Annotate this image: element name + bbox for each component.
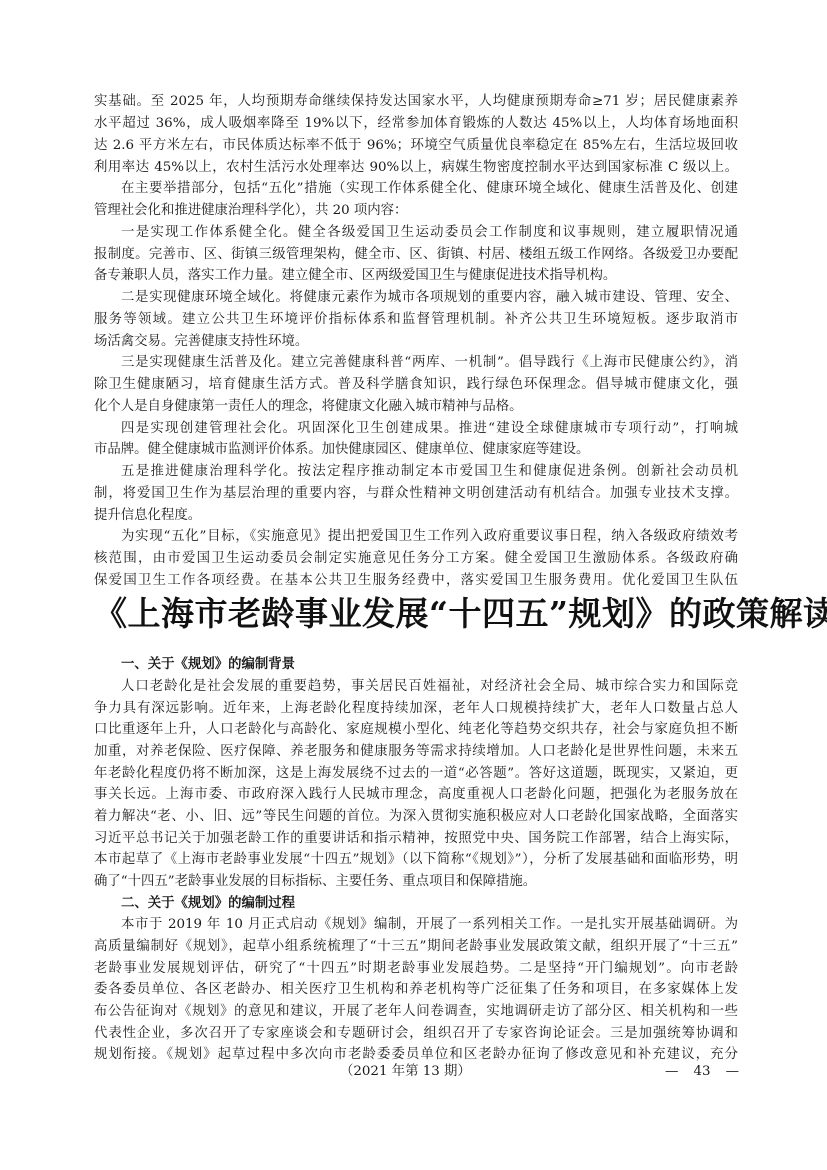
text-line: 本市起草了《上海市老龄事业发展“十四五”规划》（以下简称“《规划》”），分析了发… — [94, 849, 738, 871]
text-line: 核范围，由市爱国卫生运动委员会制定实施意见任务分工方案。健全爱国卫生激励体系。各… — [94, 548, 738, 570]
text-line: 二是实现健康环境全域化。将健康元素作为城市各项规划的重要内容，融入城市建设、管理… — [121, 287, 738, 309]
text-line: 代表性企业，多次召开了专家座谈会和专题研讨会，组织召开了专家咨询论证会。三是加强… — [94, 1023, 738, 1045]
text-line: 加重，对养老保险、医疗保障、养老服务和健康服务等需求持续增加。人口老龄化是世界性… — [94, 741, 738, 763]
text-line: 水平超过 36%，成人吸烟率降至 19%以下，经常参加体育锻炼的人数达 45%以… — [94, 113, 738, 135]
text-line: 报制度。完善市、区、街镇三级管理架构，健全市、区、街镇、村居、楼组五级工作网络。… — [94, 244, 738, 266]
text-line: 保爱国卫生工作各项经费。在基本公共卫生服务经费中，落实爱国卫生服务费用。优化爱国… — [94, 570, 738, 592]
section-heading: 二、关于《规划》的编制过程 — [121, 893, 295, 915]
text-line: 制，将爱国卫生作为基层治理的重要内容，与群众性精神文明创建活动有机结合。加强专业… — [94, 483, 738, 505]
text-line: 确了“十四五”老龄事业发展的目标指标、主要任务、重点项目和保障措施。 — [94, 871, 738, 893]
text-line: 提升信息化程度。 — [94, 505, 738, 527]
text-line: 事关长远。上海市委、市政府深入践行人民城市理念，高度重视人口老龄化问题，把强化为… — [94, 784, 738, 806]
text-line: 四是实现创建管理社会化。巩固深化卫生创建成果。推进“建设全球健康城市专项行动”，… — [121, 418, 738, 440]
text-line: 除卫生健康陋习，培育健康生活方式。普及科学膳食知识，践行绿色环保理念。倡导城市健… — [94, 374, 738, 396]
text-line: 着力解决“老、小、旧、远”等民生问题的首位。为深入贯彻实施积极应对人口老龄化国家… — [94, 806, 738, 828]
text-line: 本市于 2019 年 10 月正式启动《规划》编制，开展了一系列相关工作。一是扎… — [121, 914, 738, 936]
page-number: — 43 — — [665, 1061, 739, 1083]
text-line: 化个人是自身健康第一责任人的理念，将健康文化融入城市精神与品格。 — [94, 396, 738, 418]
text-line: 市品牌。健全健康城市监测评价体系。加快健康园区、健康单位、健康家庭等建设。 — [94, 439, 738, 461]
text-line: 场活禽交易。完善健康支持性环境。 — [94, 331, 738, 353]
text-line: 备专兼职人员，落实工作力量。建立健全市、区两级爱国卫生与健康促进技术指导机构。 — [94, 265, 738, 287]
text-line: 管理社会化和推进健康治理科学化），共 20 项内容： — [94, 200, 738, 222]
article-title: 《上海市老龄事业发展“十四五”规划》的政策解读 — [94, 590, 738, 638]
text-line: 达 2.6 平方米左右，市民体质达标率不低于 96%；环境空气质量优良率稳定在 … — [94, 135, 738, 157]
issue-label: （2021 年第 13 期） — [340, 1061, 471, 1083]
text-line: 习近平总书记关于加强老龄工作的重要讲话和指示精神，按照党中央、国务院工作部署，结… — [94, 828, 738, 850]
text-line: 口比重逐年上升，人口老龄化与高龄化、家庭规模小型化、纯老化等趋势交织共存，社会与… — [94, 719, 738, 741]
text-line: 年老龄化程度仍将不断加深，这是上海发展绕不过去的一道“必答题”。答好这道题，既现… — [94, 763, 738, 785]
text-line: 人口老龄化是社会发展的重要趋势，事关居民百姓福祉，对经济社会全局、城市综合实力和… — [121, 676, 738, 698]
document-page: 实基础。至 2025 年，人均预期寿命继续保持发达国家水平，人均健康预期寿命≥7… — [0, 0, 827, 1170]
text-line: 老龄事业发展规划评估，研究了“十四五”时期老龄事业发展趋势。二是坚持“开门编规划… — [94, 958, 738, 980]
section-heading: 一、关于《规划》的编制背景 — [121, 654, 295, 676]
text-line: 利用率达 45%以上，农村生活污水处理率达 90%以上，病媒生物密度控制水平达到… — [94, 157, 738, 179]
text-line: 服务等领域。建立公共卫生环境评价指标体系和监督管理机制。补齐公共卫生环境短板。逐… — [94, 309, 738, 331]
text-line: 争力具有深远影响。近年来，上海老龄化程度持续加深，老年人口规模持续扩大，老年人口… — [94, 698, 738, 720]
text-line: 布公告征询对《规划》的意见和建议，开展了老年人问卷调查，实地调研走访了部分区、相… — [94, 1001, 738, 1023]
text-line: 为实现“五化”目标，《实施意见》提出把爱国卫生工作列入政府重要议事日程，纳入各级… — [121, 526, 738, 548]
text-line: 实基础。至 2025 年，人均预期寿命继续保持发达国家水平，人均健康预期寿命≥7… — [94, 91, 738, 113]
text-line: 高质量编制好《规划》，起草小组系统梳理了“十三五”期间老龄事业发展政策文献，组织… — [94, 936, 738, 958]
text-line: 三是实现健康生活普及化。建立完善健康科普“两库、一机制”。倡导践行《上海市民健康… — [121, 352, 738, 374]
text-line: 在主要举措部分，包括“五化”措施（实现工作体系健全化、健康环境全域化、健康生活普… — [121, 178, 738, 200]
text-line: 五是推进健康治理科学化。按法定程序推动制定本市爱国卫生和健康促进条例。创新社会动… — [121, 461, 738, 483]
text-line: 委各委员单位、各区老龄办、相关医疗卫生机构和养老机构等广泛征集了任务和项目，在多… — [94, 979, 738, 1001]
text-line: 一是实现工作体系健全化。健全各级爱国卫生运动委员会工作制度和议事规则，建立履职情… — [121, 222, 738, 244]
